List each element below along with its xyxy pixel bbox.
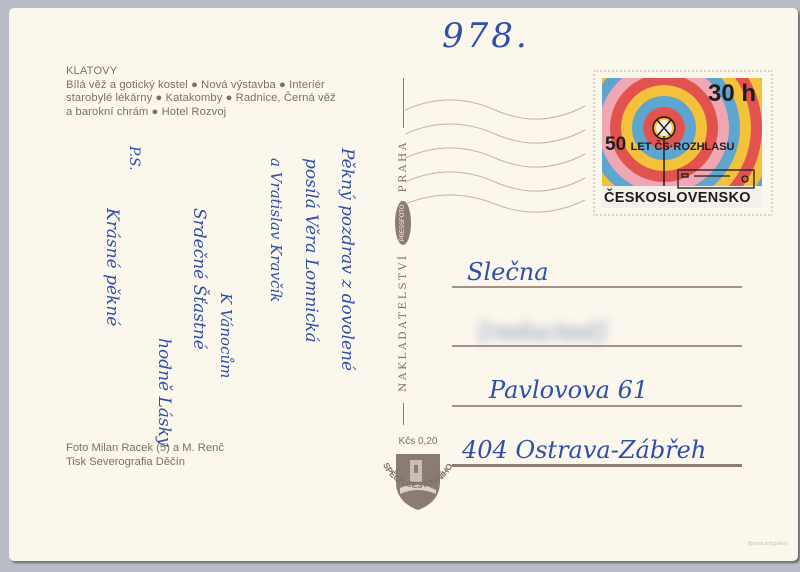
message-line: Pěkný pozdrav z dovolené (337, 148, 357, 371)
postcard-caption: KLATOVY Bílá věž a gotický kostel ● Nová… (66, 65, 336, 119)
address-line: 404 Ostrava-Zábřeh (462, 436, 706, 464)
address-line-redacted: [redacted] (479, 318, 606, 346)
message-line: Srdečné Šťastné (189, 208, 209, 350)
address-rule (452, 464, 742, 467)
stamp-designer: · · · (605, 81, 611, 86)
publisher-left-text: NAKLADATELSTVÍ (397, 253, 409, 392)
message-line: Krásné pěkné (102, 208, 122, 326)
postcard-credits: Foto Milan Racek (5) a M. Renč Tisk Seve… (66, 442, 224, 469)
watermark: @postcard.gallery (748, 541, 788, 547)
message-line: K Vánocům (217, 293, 235, 378)
reference-number: 978. (442, 16, 530, 56)
divider-line (403, 78, 404, 128)
message-line: P.S. (126, 146, 142, 171)
caption-line: a barokní chrám ● Hotel Rozvoj (66, 106, 336, 120)
photo-credit: Foto Milan Racek (5) a M. Renč (66, 442, 224, 456)
message-line: hodně Lásky (154, 338, 174, 447)
stamp-headline: 50 LET ČS·ROZHLASU (605, 134, 734, 156)
print-credit: Tisk Severografia Děčín (66, 456, 224, 470)
fee-price: Kčs 0,20 (399, 436, 438, 447)
stamp-country: ČESKOSLOVENSKO (604, 190, 751, 206)
caption-line: Bílá věž a gotický kostel ● Nová výstavb… (66, 79, 336, 93)
caption-line: starobylé lékárny ● Katakomby ● Radnice,… (66, 92, 336, 106)
address-rule (452, 345, 742, 347)
postmark-waves (405, 88, 605, 218)
message-line: posílá Věra Lomnická (301, 158, 321, 343)
address-rule (452, 286, 742, 288)
address-line: Pavlovova 61 (489, 376, 648, 404)
stamp-value: 30 h (708, 80, 756, 108)
message-line: a Vratislav Kravčík (267, 158, 285, 302)
divider-line (403, 403, 404, 425)
postcard: KLATOVY Bílá věž a gotický kostel ● Nová… (9, 8, 798, 561)
tourism-fee-emblem: Kčs 0,20 VE PROSPĚCH CESTOVNÍHO RUCHU (368, 432, 468, 527)
address-rule (452, 405, 742, 407)
caption-title: KLATOVY (66, 65, 336, 79)
address-line: Slečna (467, 258, 549, 286)
postage-stamp: · · · 30 h 50 LET ČS·ROZHLASU ČESKOSLOVE… (593, 70, 773, 216)
